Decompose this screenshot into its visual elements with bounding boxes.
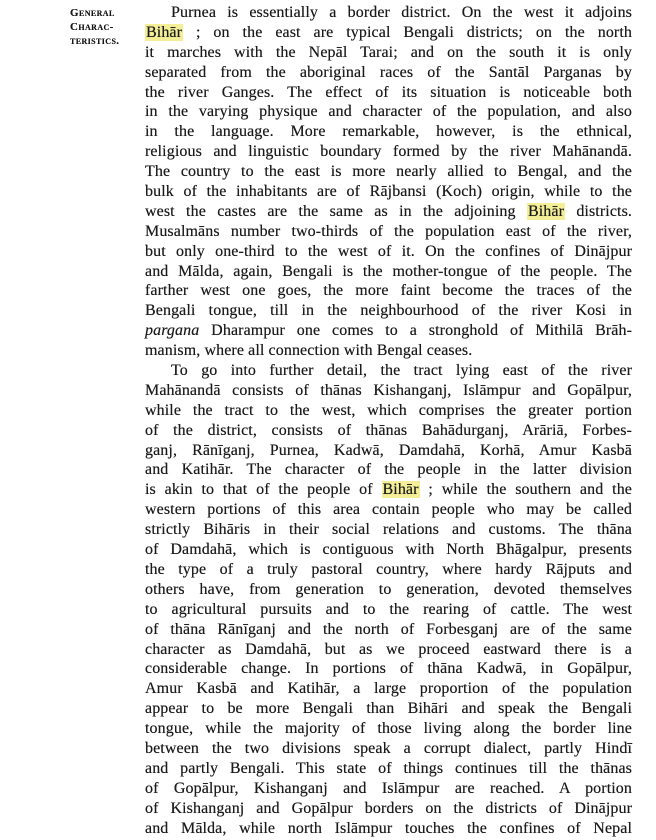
italic-term: pargana <box>145 322 199 339</box>
text-line: To go into further detail, the tract lyi… <box>145 361 632 381</box>
text-segment: Dharampur one comes to a stronghold of M… <box>199 322 632 339</box>
text-line: but only one-third to the west of it. On… <box>145 242 632 262</box>
highlighted-term: Bihār <box>382 481 420 498</box>
text-segment: of the district, consists of thānas Bahā… <box>145 422 632 439</box>
text-segment: Bengali tongue, till in the neighbourhoo… <box>145 302 632 319</box>
text-segment: and partly Bengali. This state of things… <box>145 760 632 777</box>
text-segment: appear to be more Bengali than Bihāri an… <box>145 700 632 717</box>
text-segment: separated from the aboriginal races of t… <box>145 64 632 81</box>
text-segment: considerable change. In portions of thān… <box>145 660 632 677</box>
text-segment: the type of a truly pastoral country, wh… <box>145 561 632 578</box>
text-line: Musalmāns number two-thirds of the popul… <box>145 222 632 242</box>
text-line: character as Damdahā, but as we proceed … <box>145 640 632 660</box>
text-line: the river Ganges. The effect of its situ… <box>145 83 632 103</box>
margin-note-line: Charac- <box>70 20 150 34</box>
text-line: Bihār ; on the east are typical Bengali … <box>145 23 632 43</box>
paragraph: Purnea is essentially a border district.… <box>145 3 632 361</box>
text-line: to agricultural pursuits and to the rear… <box>145 600 632 620</box>
text-segment: bulk of the inhabitants are of Rājbansi … <box>145 183 632 200</box>
text-line: and partly Bengali. This state of things… <box>145 759 632 779</box>
text-segment: strictly Bihāris in their social relatio… <box>145 521 632 538</box>
text-line: is akin to that of the people of Bihār ;… <box>145 480 632 500</box>
text-line: pargana Dharampur one comes to a strongh… <box>145 321 632 341</box>
text-segment: it marches with the Nepāl Tarai; and on … <box>145 44 632 61</box>
text-segment: others have, from generation to generati… <box>145 581 632 598</box>
text-line: farther west one goes, the more faint be… <box>145 281 632 301</box>
text-segment: Mahānandā consists of thānas Kishanganj,… <box>145 382 632 399</box>
body-column: Purnea is essentially a border district.… <box>145 3 632 838</box>
text-line: Purnea is essentially a border district.… <box>145 3 632 23</box>
paragraph: To go into further detail, the tract lyi… <box>145 361 632 838</box>
text-segment: while the tract to the west, which compr… <box>145 402 632 419</box>
text-line: while the tract to the west, which compr… <box>145 401 632 421</box>
text-segment: the river Ganges. The effect of its situ… <box>145 84 632 101</box>
book-page: General Charac- teristics. Purnea is ess… <box>0 0 656 840</box>
text-segment: of Gopālpur, Kishanganj and Islāmpur are… <box>145 780 632 797</box>
text-line: appear to be more Bengali than Bihāri an… <box>145 699 632 719</box>
text-line: manism, where all connection with Bengal… <box>145 341 632 361</box>
text-segment: in the varying physique and character of… <box>145 103 632 120</box>
text-line: considerable change. In portions of thān… <box>145 659 632 679</box>
margin-note-line: teristics. <box>70 34 150 48</box>
text-segment: character as Damdahā, but as we proceed … <box>145 641 632 658</box>
text-segment: western portions of this area contain pe… <box>145 501 632 518</box>
text-line: in the language. More remarkable, howeve… <box>145 122 632 142</box>
highlighted-term: Bihār <box>527 203 565 220</box>
text-segment: of Damdahā, which is contiguous with Nor… <box>145 541 632 558</box>
text-line: the type of a truly pastoral country, wh… <box>145 560 632 580</box>
text-line: of the district, consists of thānas Bahā… <box>145 421 632 441</box>
text-line: and Mālda, while north Islāmpur touches … <box>145 819 632 839</box>
text-line: and Mālda, again, Bengali is the mother-… <box>145 262 632 282</box>
text-line: between the two divisions speak a corrup… <box>145 739 632 759</box>
highlighted-term: Bihār <box>145 24 183 41</box>
text-segment: ; on the east are typical Bengali distri… <box>183 24 632 41</box>
text-line: west the castes are the same as in the a… <box>145 202 632 222</box>
text-line: ganj, Rānīganj, Purnea, Kadwā, Damdahā, … <box>145 441 632 461</box>
text-line: tongue, while the majority of those livi… <box>145 719 632 739</box>
text-line: Bengali tongue, till in the neighbourhoo… <box>145 301 632 321</box>
text-segment: districts. <box>565 203 632 220</box>
text-line: religious and linguistic boundary formed… <box>145 142 632 162</box>
text-segment: of thāna Rānīganj and the north of Forbe… <box>145 621 632 638</box>
text-segment: of Kishanganj and Gopālpur borders on th… <box>145 800 632 817</box>
margin-note-line: General <box>70 6 150 20</box>
text-segment: and Mālda, again, Bengali is the mother-… <box>145 263 632 280</box>
text-segment: is akin to that of the people of <box>145 481 382 498</box>
text-segment: to agricultural pursuits and to the rear… <box>145 601 632 618</box>
text-line: Amur Kasbā and Katihār, a large proporti… <box>145 679 632 699</box>
text-segment: Musalmāns number two-thirds of the popul… <box>145 223 632 240</box>
text-segment: west the castes are the same as in the a… <box>145 203 527 220</box>
text-segment: but only one-third to the west of it. On… <box>145 243 632 260</box>
text-segment: in the language. More remarkable, howeve… <box>145 123 632 140</box>
text-line: it marches with the Nepāl Tarai; and on … <box>145 43 632 63</box>
text-segment: farther west one goes, the more faint be… <box>145 282 632 299</box>
text-segment: tongue, while the majority of those livi… <box>145 720 632 737</box>
text-line: of Kishanganj and Gopālpur borders on th… <box>145 799 632 819</box>
text-segment: ; while the southern and the <box>420 481 632 498</box>
text-line: separated from the aboriginal races of t… <box>145 63 632 83</box>
text-segment: ganj, Rānīganj, Purnea, Kadwā, Damdahā, … <box>145 442 632 459</box>
text-segment: Purnea is essentially a border district.… <box>171 4 632 21</box>
text-line: western portions of this area contain pe… <box>145 500 632 520</box>
text-line: of Damdahā, which is contiguous with Nor… <box>145 540 632 560</box>
text-line: of Gopālpur, Kishanganj and Islāmpur are… <box>145 779 632 799</box>
text-segment: manism, where all connection with Bengal… <box>145 342 472 359</box>
margin-note: General Charac- teristics. <box>70 6 150 48</box>
text-segment: between the two divisions speak a corrup… <box>145 740 632 757</box>
text-line: and Katihār. The character of the people… <box>145 460 632 480</box>
text-segment: and Mālda, while north Islāmpur touches … <box>145 820 632 837</box>
text-line: of thāna Rānīganj and the north of Forbe… <box>145 620 632 640</box>
text-segment: To go into further detail, the tract lyi… <box>171 362 632 379</box>
text-segment: The country to the east is more nearly a… <box>145 163 632 180</box>
text-line: in the varying physique and character of… <box>145 102 632 122</box>
text-line: bulk of the inhabitants are of Rājbansi … <box>145 182 632 202</box>
text-line: The country to the east is more nearly a… <box>145 162 632 182</box>
text-segment: and Katihār. The character of the people… <box>145 461 632 478</box>
text-segment: religious and linguistic boundary formed… <box>145 143 632 160</box>
text-line: others have, from generation to generati… <box>145 580 632 600</box>
text-segment: Amur Kasbā and Katihār, a large proporti… <box>145 680 632 697</box>
text-line: strictly Bihāris in their social relatio… <box>145 520 632 540</box>
text-line: Mahānandā consists of thānas Kishanganj,… <box>145 381 632 401</box>
